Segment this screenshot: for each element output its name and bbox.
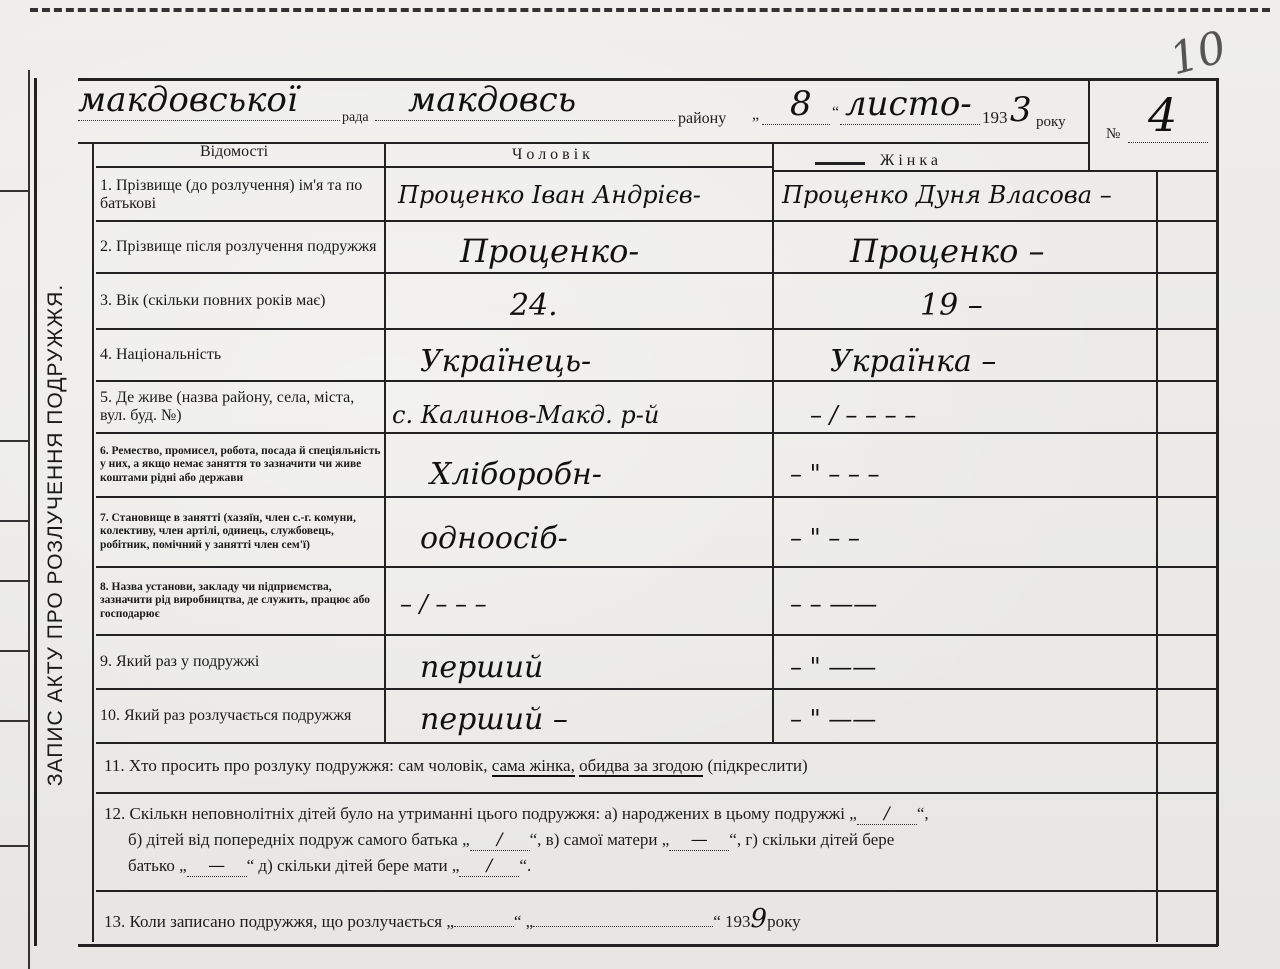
close-quote: “ bbox=[832, 104, 839, 122]
stub-line bbox=[0, 845, 28, 847]
table-col-divider-3 bbox=[1156, 170, 1158, 942]
row-4-label: 4. Національність bbox=[100, 330, 382, 380]
row-7-wife-value: – " – – bbox=[790, 510, 860, 566]
row-6-husband-value: Хліборобн- bbox=[430, 446, 602, 502]
column-info-header: Відомості bbox=[200, 143, 268, 161]
wife-header-dash bbox=[815, 162, 865, 165]
row-11-text: 11. Хто просить про розлуку подружжя: са… bbox=[104, 756, 492, 775]
frame-right bbox=[1216, 78, 1219, 946]
row-12-text-3a: батько „ bbox=[128, 856, 187, 875]
row-12-v-value: — bbox=[669, 830, 729, 851]
stub-line bbox=[0, 190, 28, 192]
year-value: 3 bbox=[1010, 90, 1032, 130]
row-13-mid: “ „ bbox=[514, 912, 533, 931]
row-4-husband-value: Українець- bbox=[420, 336, 591, 386]
row-2-husband-value: Проценко- bbox=[460, 226, 639, 276]
row-7-label: 7. Становище в занятті (хазяїн, член с.-… bbox=[100, 498, 382, 566]
stub-margin-line bbox=[28, 70, 30, 969]
row-11-text-after: (підкреслити) bbox=[703, 756, 807, 775]
row-12-text-3b: “ д) скільки дітей бере мати „ bbox=[247, 856, 460, 875]
rada-label: рада bbox=[342, 110, 369, 126]
row-12-line-1: 12. Скількн неповнолітніх дітей було на … bbox=[104, 804, 929, 825]
row-5-wife-value: – / – – – – bbox=[810, 390, 916, 440]
row-12-line-3: батько „—“ д) скільки дітей бере мати „/… bbox=[128, 856, 531, 877]
row-line bbox=[96, 742, 1216, 744]
row-10-wife-value: – " —— bbox=[790, 694, 876, 744]
number-divider bbox=[1088, 80, 1090, 170]
stub-line bbox=[0, 720, 28, 722]
row-3-label: 3. Вік (скільки повних років має) bbox=[100, 274, 382, 328]
day-dotted bbox=[762, 124, 830, 125]
perforation-line bbox=[30, 8, 1270, 12]
row-13-text: 13. Коли записано подружжя, що розлучаєт… bbox=[104, 912, 454, 931]
row-5-husband-value: с. Калинов-Макд. р-й bbox=[392, 390, 659, 440]
table-col-divider-1 bbox=[384, 142, 386, 744]
row-3-husband-value: 24. bbox=[510, 280, 558, 330]
row-11-option-wife: сама жінка, bbox=[492, 756, 575, 777]
row-9-label: 9. Який раз у подружжі bbox=[100, 636, 382, 688]
rayon-dotted bbox=[375, 120, 675, 121]
row-2-label: 2. Прізвище після розлучення подружжя bbox=[100, 222, 382, 272]
page-number-stamp: 10 bbox=[1164, 22, 1231, 86]
rayon-value: макдовсь bbox=[408, 80, 576, 120]
frame-bottom bbox=[78, 944, 1218, 947]
stub-line bbox=[0, 520, 28, 522]
table-col-divider-2 bbox=[772, 142, 774, 744]
document-page: 10 ЗАПИС АКТУ ПРО РОЗЛУЧЕННЯ ПОДРУЖЖЯ. м… bbox=[0, 0, 1280, 969]
row-13-day-dotted bbox=[454, 926, 514, 927]
row-13-year-prefix: “ 193 bbox=[713, 912, 750, 931]
row-12-g-value: — bbox=[187, 856, 247, 877]
row-13-year-value: 9 bbox=[751, 904, 768, 934]
row-12-text-3c: “. bbox=[519, 856, 531, 875]
number-value: 4 bbox=[1148, 88, 1177, 142]
row-3-wife-value: 19 – bbox=[920, 280, 983, 330]
number-label: № bbox=[1106, 126, 1120, 143]
row-12-text-1: 12. Скількн неповнолітніх дітей було на … bbox=[104, 804, 857, 823]
row-6-label: 6. Ремество, промисел, робота, посада й … bbox=[100, 434, 382, 496]
row-8-husband-value: – / – – – bbox=[400, 576, 487, 632]
row-13-month-dotted bbox=[533, 926, 713, 927]
number-dotted bbox=[1128, 142, 1208, 143]
row-1-label: 1. Прізвище (до розлучення) ім'я та по б… bbox=[100, 170, 382, 220]
stub-line bbox=[0, 650, 28, 652]
month-dotted bbox=[840, 124, 980, 125]
vertical-title: ЗАПИС АКТУ ПРО РОЗЛУЧЕННЯ ПОДРУЖЖЯ. bbox=[36, 230, 76, 840]
day-value: 8 bbox=[790, 84, 812, 124]
month-value: листо- bbox=[845, 84, 972, 124]
year-label: року bbox=[1036, 114, 1066, 131]
row-5-label: 5. Де живе (назва району, села, міста, в… bbox=[100, 382, 382, 432]
row-2-wife-value: Проценко – bbox=[850, 226, 1045, 276]
row-8-wife-value: – – —— bbox=[790, 576, 877, 632]
row-13-year-label: року bbox=[767, 912, 801, 931]
row-6-wife-value: – " – – – bbox=[790, 446, 880, 502]
year-prefix: 193 bbox=[982, 108, 1008, 128]
row-4-wife-value: Українка – bbox=[830, 336, 996, 386]
row-8-label: 8. Назва установи, закладу чи підприємст… bbox=[100, 568, 382, 634]
row-11: 11. Хто просить про розлуку подружжя: са… bbox=[104, 756, 808, 776]
row-12-text-2b: “, в) самої матери „ bbox=[530, 830, 670, 849]
stub-line bbox=[0, 580, 28, 582]
row-12-b-value: / bbox=[470, 830, 530, 851]
vertical-title-text: ЗАПИС АКТУ ПРО РОЗЛУЧЕННЯ ПОДРУЖЖЯ. bbox=[44, 284, 68, 786]
row-10-husband-value: перший – bbox=[420, 694, 568, 744]
row-9-husband-value: перший bbox=[420, 642, 543, 692]
row-12-text-2a: б) дітей від попередніх подруж самого ба… bbox=[128, 830, 470, 849]
column-wife-header: Жінка bbox=[880, 152, 942, 170]
rada-value: макдовської bbox=[78, 80, 298, 120]
row-7-husband-value: одноосіб- bbox=[420, 510, 568, 566]
row-13: 13. Коли записано подружжя, що розлучаєт… bbox=[104, 904, 801, 934]
row-1-wife-value: Проценко Дуня Власова – bbox=[782, 170, 1112, 220]
column-husband-header: Чоловік bbox=[512, 146, 594, 164]
row-12-line-2: б) дітей від попередніх подруж самого ба… bbox=[128, 830, 894, 851]
row-line bbox=[96, 890, 1216, 892]
row-10-label: 10. Який раз розлучається подружжя bbox=[100, 690, 382, 742]
row-12-text-2c: “, г) скільки дітей бере bbox=[729, 830, 894, 849]
table-left-border bbox=[92, 142, 94, 942]
stub-line bbox=[0, 440, 28, 442]
open-quote: „ bbox=[752, 106, 759, 124]
row-12-a-value: / bbox=[857, 804, 917, 825]
row-11-option-both: обидва за згодою bbox=[579, 756, 703, 777]
row-12-d-value: / bbox=[459, 856, 519, 877]
row-header-divider-left bbox=[96, 166, 772, 168]
rada-dotted bbox=[78, 120, 340, 121]
row-1-husband-value: Проценко Іван Андрієв- bbox=[398, 170, 701, 220]
rayon-label: району bbox=[678, 110, 726, 128]
row-9-wife-value: – " —— bbox=[790, 642, 876, 692]
row-line bbox=[96, 792, 1216, 794]
